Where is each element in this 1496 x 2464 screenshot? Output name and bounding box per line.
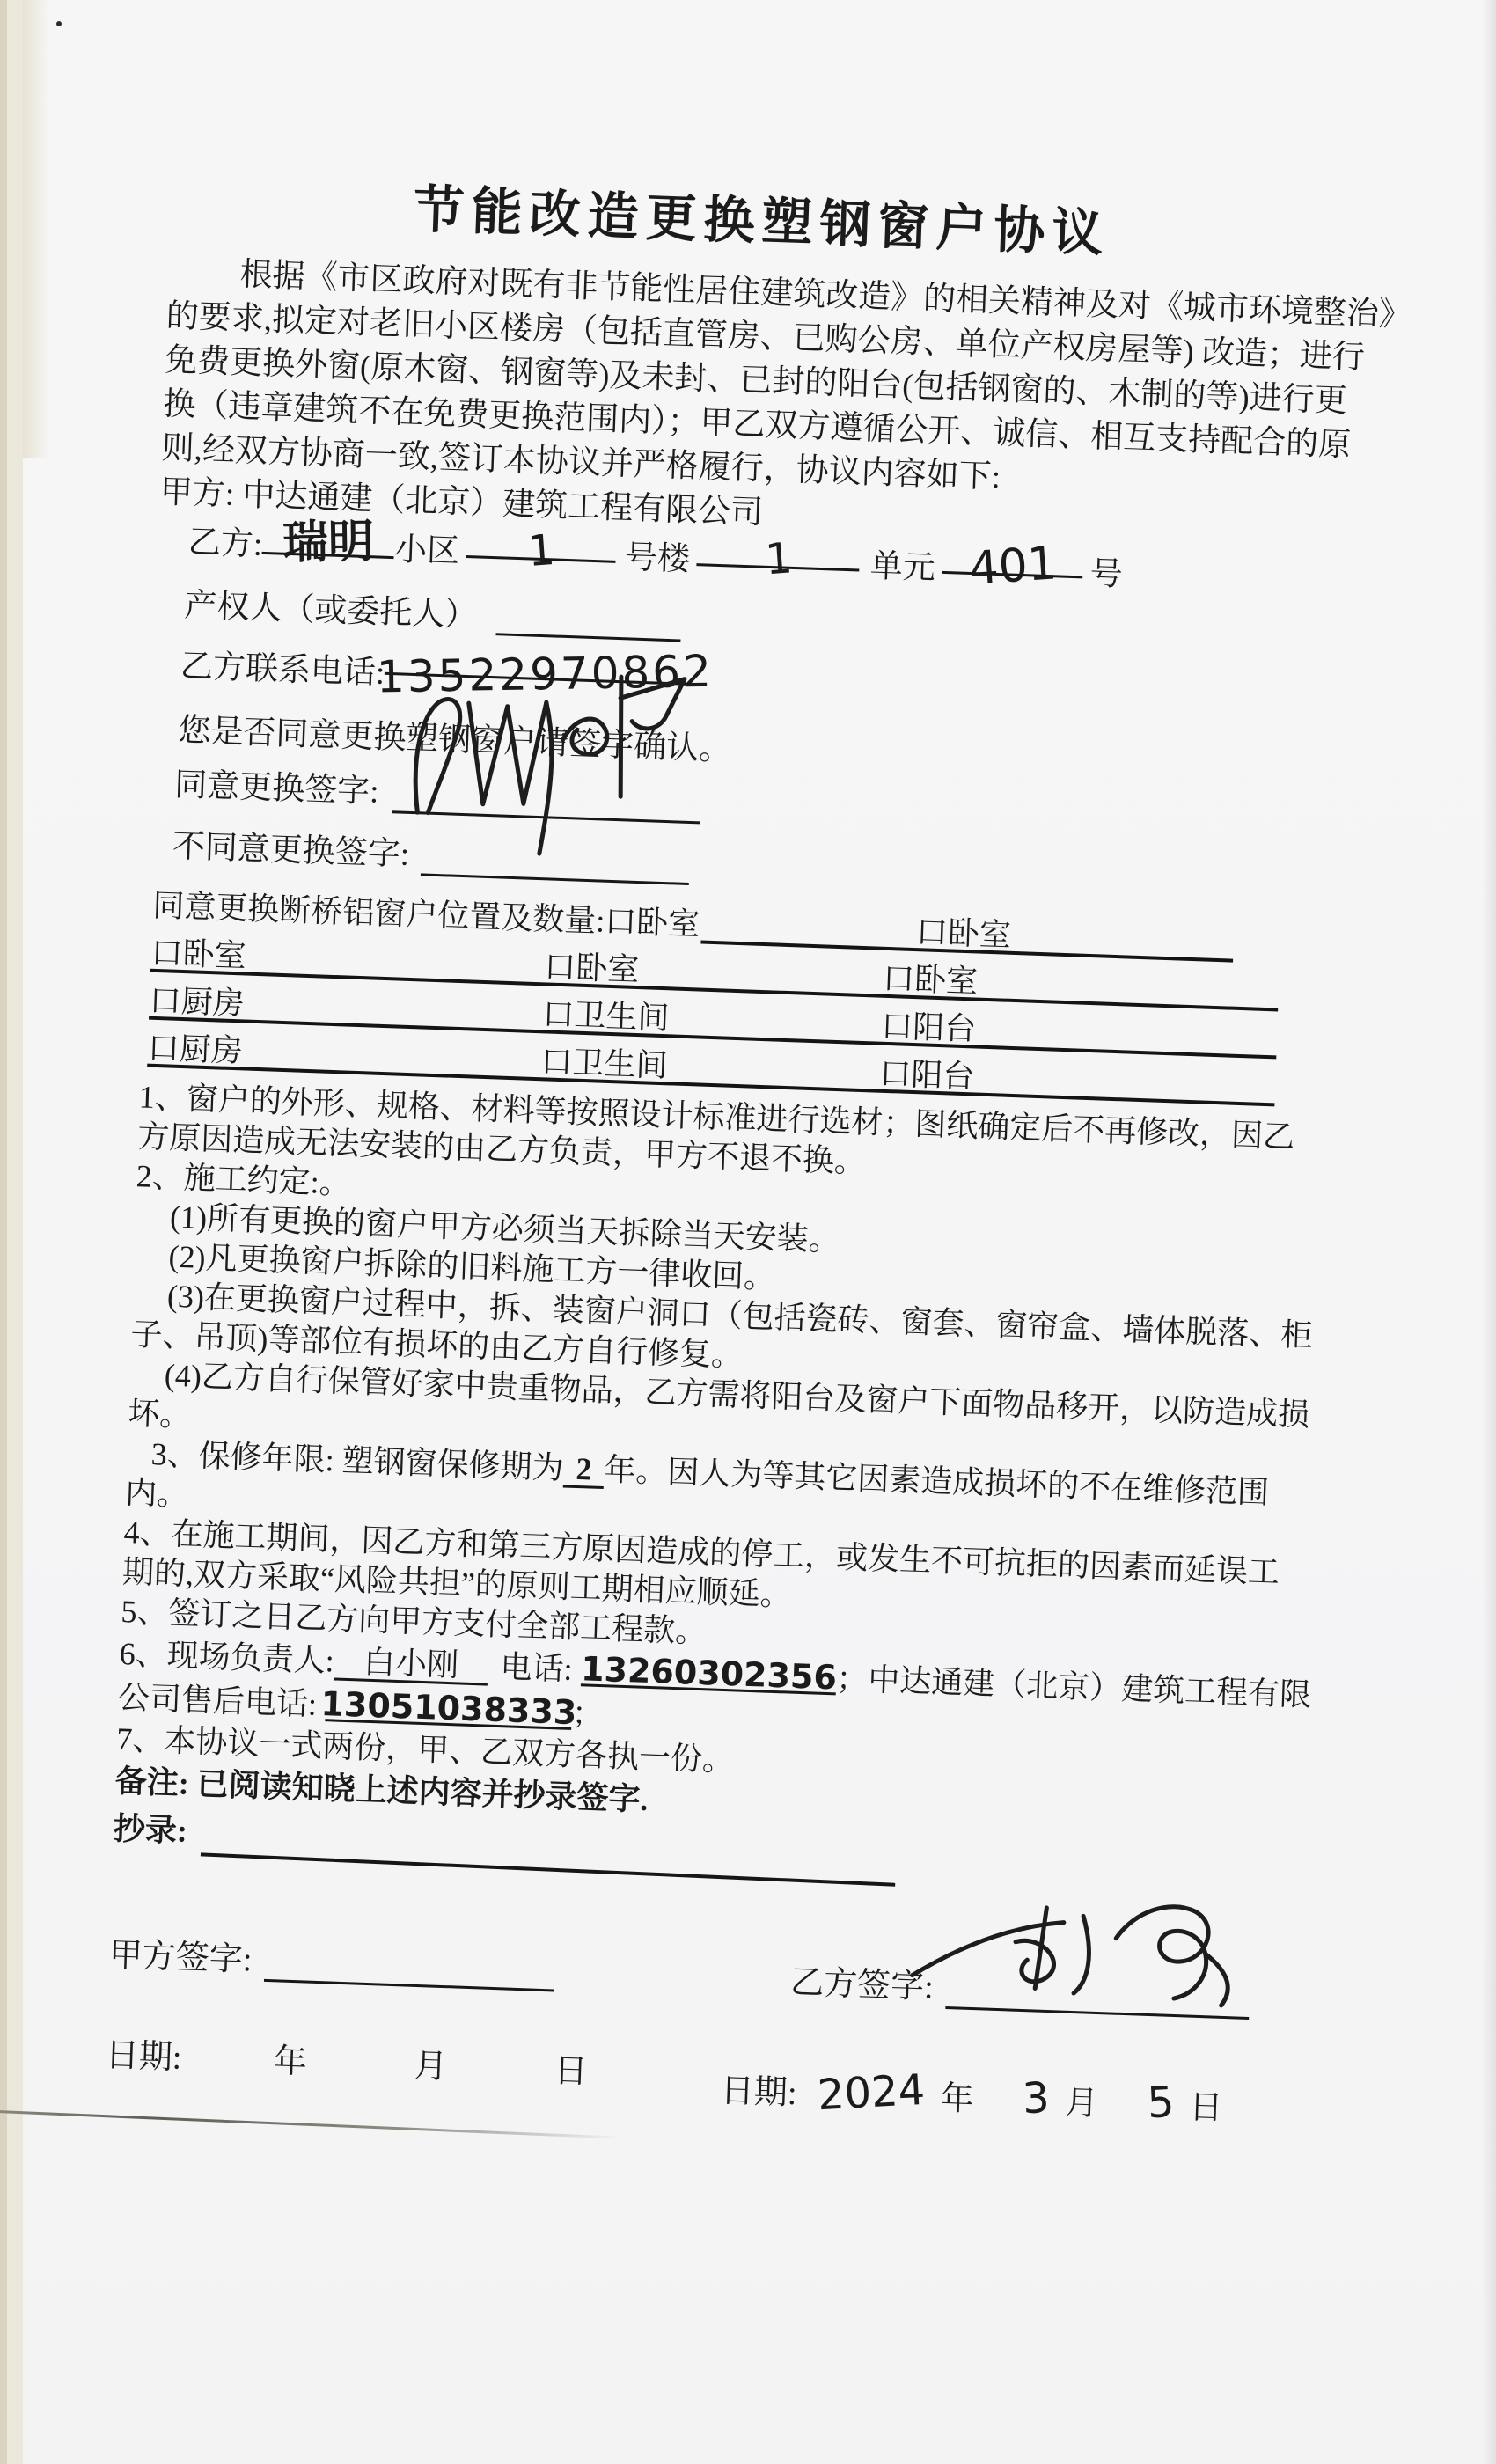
scan-speck — [56, 21, 62, 26]
agree-sign-blank — [392, 810, 700, 824]
site-manager-name: 白小刚 — [363, 1646, 459, 1683]
day-suffix: 日 — [1189, 2089, 1223, 2127]
community-suffix: 小区 — [393, 532, 459, 570]
room-number-blank: 401 — [942, 548, 1084, 579]
scanned-agreement-page: 节能改造更换塑钢窗户协议 根据《市区政府对既有非节能性居住建筑改造》的相关精神及… — [0, 0, 1496, 2464]
handwritten-unit-number: 1 — [764, 542, 793, 576]
building-suffix: 号楼 — [624, 539, 690, 578]
building-number-blank: 1 — [466, 532, 617, 563]
site-manager-tel-label: 电话: — [500, 1649, 573, 1687]
unit-number-blank: 1 — [697, 540, 861, 571]
date-label-right: 日期: — [720, 2072, 797, 2112]
blank-year-label: 年 — [273, 2042, 307, 2080]
year-suffix: 年 — [940, 2080, 974, 2118]
owner-label: 产权人（或委托人） — [184, 588, 478, 634]
checkbox-item: 口卫生间 — [540, 1044, 668, 1083]
checkbox-item: 口卧室 — [544, 949, 640, 987]
checkbox-item: 口厨房 — [149, 983, 245, 1022]
blank-month-label: 月 — [414, 2048, 448, 2086]
party-b-label: 乙方: — [187, 524, 263, 563]
phone-label: 乙方联系电话: — [180, 649, 385, 692]
room-suffix: 号 — [1089, 556, 1123, 593]
checkbox-item: 口阳台 — [881, 1008, 977, 1047]
aftersales-label: 公司售后电话: — [117, 1680, 317, 1722]
party-a-sign-label: 甲方签字: — [108, 1937, 253, 1979]
checkbox-item: 口卧室 — [605, 904, 700, 942]
aftersales-tel-value: 13051038333 — [320, 1689, 577, 1727]
paper-left-edge-shadow — [23, 0, 49, 458]
date-label-left: 日期: — [105, 2037, 182, 2077]
party-a-date-group: 日期: 年 月 日 — [105, 2034, 589, 2094]
intro-paragraph: 根据《市区政府对既有非节能性居住建筑改造》的相关精神及对《城市环境整治》 的要求… — [161, 251, 1352, 512]
handwritten-phone-number: 13522970862 — [377, 654, 715, 695]
note-label: 备注: — [114, 1764, 189, 1801]
disagree-sign-label: 不同意更换签字: — [172, 829, 410, 873]
site-manager-tel-value: 13260302356 — [581, 1654, 838, 1692]
paper-right-edge-shadow — [1482, 0, 1496, 2464]
copy-blank-underline — [201, 1852, 895, 1886]
handwritten-month: 3 — [1022, 2083, 1050, 2115]
party-b-sign-group: 乙方签字: — [789, 1961, 1250, 2020]
agree-sign-label: 同意更换签字: — [174, 767, 380, 810]
unit-suffix: 单元 — [869, 548, 935, 587]
blank-day-label: 日 — [554, 2053, 588, 2091]
checkbox-item: 口卫生间 — [542, 996, 670, 1036]
handwritten-day: 5 — [1147, 2087, 1175, 2119]
signature-row: 甲方签字: 乙方签字: — [107, 1918, 1294, 2043]
site-manager-blank: 白小刚 — [334, 1644, 488, 1685]
party-a-sign-group: 甲方签字: — [108, 1933, 555, 1993]
handwritten-community-name: 瑞明 — [282, 525, 375, 562]
party-a-sign-blank — [263, 1979, 554, 1992]
checkbox-item: 口厨房 — [147, 1030, 243, 1069]
checkbox-item: 口卧室 — [882, 961, 978, 1000]
checkbox-item: 口卧室 — [915, 914, 1011, 953]
disagree-sign-blank — [421, 873, 689, 885]
party-b-sign-label: 乙方签字: — [790, 1964, 935, 2006]
aftersales-tel-blank: 13051038333 — [325, 1689, 572, 1730]
community-name-blank: 瑞明 — [262, 524, 395, 559]
site-manager-label: 6、现场负责人: — [119, 1636, 334, 1678]
handwritten-room-number: 401 — [968, 547, 1058, 585]
handwritten-building-number: 1 — [527, 534, 556, 568]
owner-blank — [495, 633, 680, 642]
party-b-date-group: 日期: 2024 年 3 月 5 日 — [720, 2069, 1223, 2130]
checkbox-item: 口卧室 — [150, 935, 246, 974]
party-b-sign-blank — [945, 2006, 1249, 2020]
phone-blank: 13522970862 — [385, 651, 707, 686]
site-manager-tel-blank: 13260302356 — [581, 1654, 837, 1695]
checkbox-item: 口阳台 — [879, 1056, 975, 1095]
copy-label: 抄录: — [113, 1811, 187, 1849]
month-suffix: 月 — [1064, 2085, 1098, 2123]
document-content: 节能改造更换塑钢窗户协议 根据《市区政府对既有非节能性居住建筑改造》的相关精神及… — [104, 163, 1354, 2145]
warranty-years-value: 2 — [563, 1451, 605, 1489]
scanner-bed-edge — [0, 0, 7, 2464]
handwritten-year: 2024 — [817, 2075, 926, 2110]
term-6-line-2-end: ； — [571, 1696, 604, 1732]
